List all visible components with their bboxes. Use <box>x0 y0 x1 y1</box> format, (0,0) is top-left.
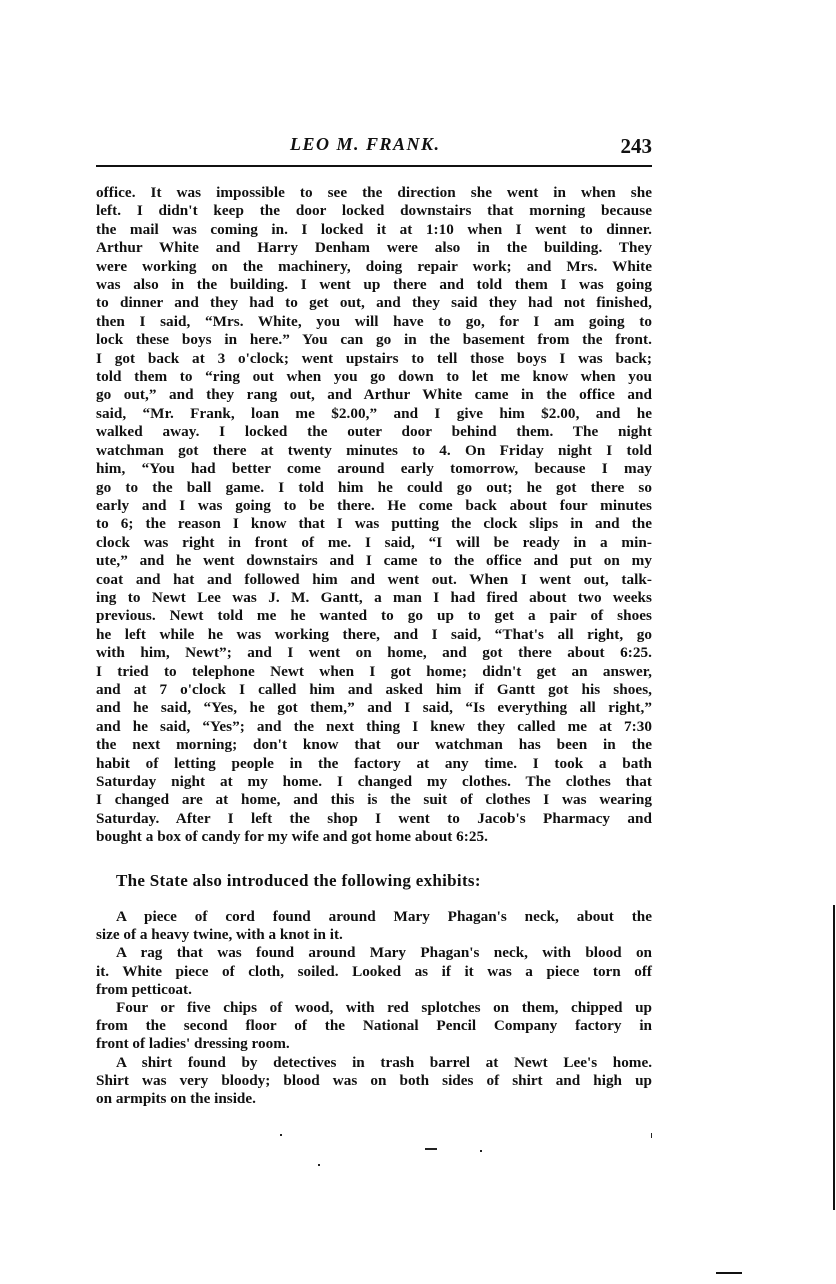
text-line: clock was right in front of me. I said, … <box>96 534 652 552</box>
text-line: watchman got there at twenty minutes to … <box>96 442 652 460</box>
text-line: walked away. I locked the outer door beh… <box>96 423 652 441</box>
text-line: coat and hat and followed him and went o… <box>96 571 652 589</box>
text-line: I changed are at home, and this is the s… <box>96 791 652 809</box>
exhibit-list: A piece of cord found around Mary Phagan… <box>96 908 652 1108</box>
text-line: to 6; the reason I know that I was putti… <box>96 515 652 533</box>
exhibit-item: Four or five chips of wood, with red spl… <box>96 999 652 1054</box>
text-line: was also in the building. I went up ther… <box>96 276 652 294</box>
text-line: said, “Mr. Frank, loan me $2.00,” and I … <box>96 405 652 423</box>
scan-speck <box>651 1133 652 1138</box>
scan-speck <box>318 1164 320 1166</box>
text-line: and at 7 o'clock I called him and asked … <box>96 681 652 699</box>
text-line: size of a heavy twine, with a knot in it… <box>96 926 652 944</box>
exhibit-item: A rag that was found around Mary Phagan'… <box>96 944 652 999</box>
text-line: previous. Newt told me he wanted to go u… <box>96 607 652 625</box>
scan-speck <box>425 1148 437 1150</box>
text-line: early and I was going to be there. He co… <box>96 497 652 515</box>
section-heading: The State also introduced the following … <box>116 871 481 891</box>
text-line: I tried to telephone Newt when I got hom… <box>96 663 652 681</box>
page-edge-line <box>833 905 835 1210</box>
book-page: LEO M. FRANK. 243 office. It was impossi… <box>96 134 652 160</box>
text-line: told them to “ring out when you go down … <box>96 368 652 386</box>
text-line: go out,” and they rang out, and Arthur W… <box>96 386 652 404</box>
text-line: Saturday night at my home. I changed my … <box>96 773 652 791</box>
text-line: on armpits on the inside. <box>96 1090 652 1108</box>
scan-speck <box>480 1150 482 1152</box>
text-line: bought a box of candy for my wife and go… <box>96 828 652 846</box>
running-title: LEO M. FRANK. <box>290 134 441 155</box>
text-line: to dinner and they had to get out, and t… <box>96 294 652 312</box>
text-line: A shirt found by detectives in trash bar… <box>96 1054 652 1072</box>
exhibit-item: A shirt found by detectives in trash bar… <box>96 1054 652 1109</box>
text-line: lock these boys in here.” You can go in … <box>96 331 652 349</box>
text-line: and he said, “Yes”; and the next thing I… <box>96 718 652 736</box>
scan-speck <box>280 1134 282 1136</box>
text-line: Saturday. After I left the shop I went t… <box>96 810 652 828</box>
running-head: LEO M. FRANK. 243 <box>96 134 652 160</box>
text-line: then I said, “Mrs. White, you will have … <box>96 313 652 331</box>
text-line: Shirt was very bloody; blood was on both… <box>96 1072 652 1090</box>
text-line: ing to Newt Lee was J. M. Gantt, a man I… <box>96 589 652 607</box>
text-line: A piece of cord found around Mary Phagan… <box>96 908 652 926</box>
text-line: from petticoat. <box>96 981 652 999</box>
testimony-paragraph: office. It was impossible to see the dir… <box>96 184 652 847</box>
text-line: left. I didn't keep the door locked down… <box>96 202 652 220</box>
text-line: A rag that was found around Mary Phagan'… <box>96 944 652 962</box>
text-line: and he said, “Yes, he got them,” and I s… <box>96 699 652 717</box>
text-line: him, “You had better come around early t… <box>96 460 652 478</box>
page-edge-mark <box>716 1272 742 1274</box>
text-line: from the second floor of the National Pe… <box>96 1017 652 1035</box>
header-rule <box>96 165 652 167</box>
text-line: habit of letting people in the factory a… <box>96 755 652 773</box>
text-line: it. White piece of cloth, soiled. Looked… <box>96 963 652 981</box>
text-line: ute,” and he went downstairs and I came … <box>96 552 652 570</box>
text-line: front of ladies' dressing room. <box>96 1035 652 1053</box>
text-line: were working on the machinery, doing rep… <box>96 258 652 276</box>
text-line: I got back at 3 o'clock; went upstairs t… <box>96 350 652 368</box>
page-number: 243 <box>621 134 653 159</box>
text-line: go to the ball game. I told him he could… <box>96 479 652 497</box>
exhibit-item: A piece of cord found around Mary Phagan… <box>96 908 652 944</box>
text-line: Arthur White and Harry Denham were also … <box>96 239 652 257</box>
text-line: the next morning; don't know that our wa… <box>96 736 652 754</box>
text-line: the mail was coming in. I locked it at 1… <box>96 221 652 239</box>
text-line: with him, Newt”; and I went on home, and… <box>96 644 652 662</box>
text-line: Four or five chips of wood, with red spl… <box>96 999 652 1017</box>
text-line: office. It was impossible to see the dir… <box>96 184 652 202</box>
text-line: he left while he was working there, and … <box>96 626 652 644</box>
